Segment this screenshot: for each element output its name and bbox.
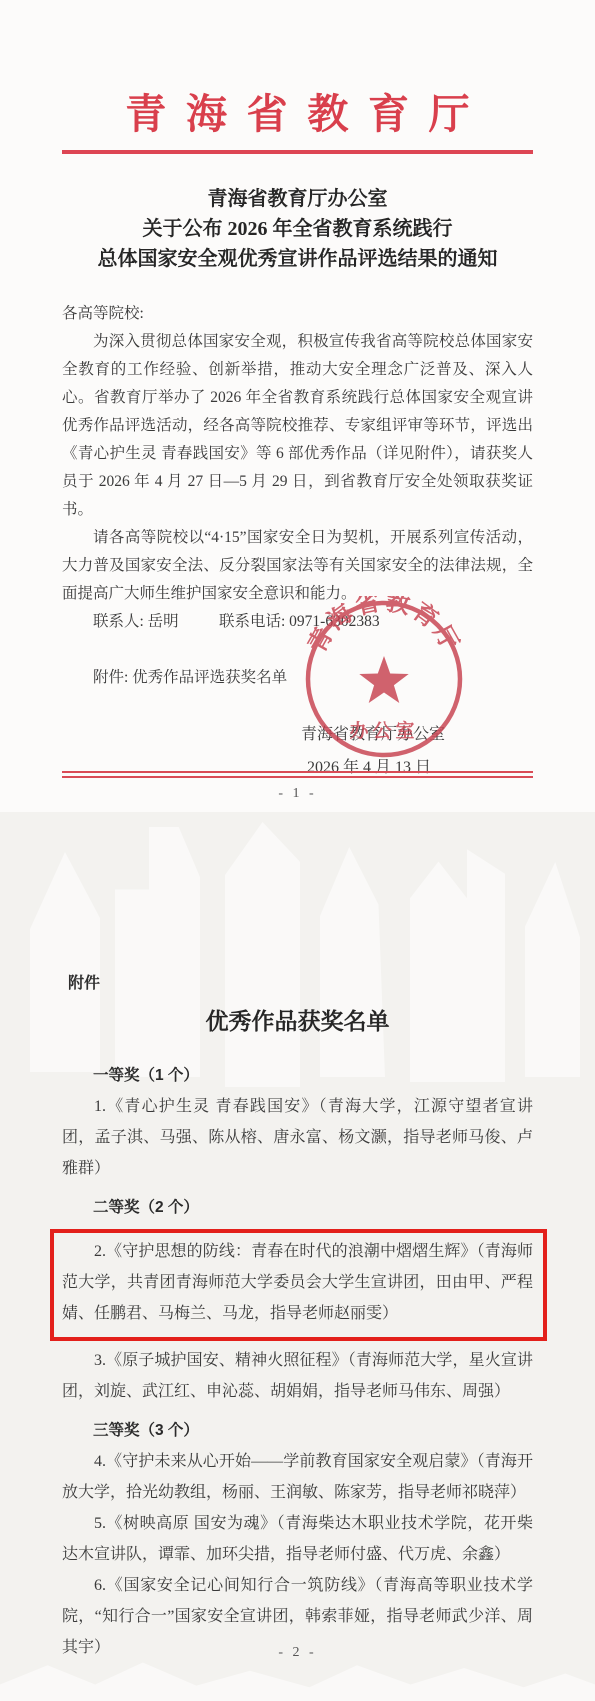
document-title: 青海省教育厅办公室 关于公布 2026 年全省教育系统践行 总体国家安全观优秀宣… — [0, 184, 595, 274]
footer-double-rule — [62, 771, 533, 778]
contact-person: 联系人: 岳明 — [93, 613, 179, 630]
award-item-5: 5.《树映高原 国安为魂》（青海柴达木职业技术学院，花开柴达木宣讲队，谭霏、加环… — [62, 1508, 533, 1570]
attachment-content: 附件 优秀作品获奖名单 一等奖（1 个） 1.《青心护生灵 青春践国安》（青海大… — [0, 812, 595, 1663]
body-paragraph-1: 为深入贯彻总体国家安全观，积极宣传我省高等院校总体国家安全教育的工作经验、创新举… — [62, 328, 533, 524]
official-red-seal: 青海省教育厅 办公室 — [301, 596, 467, 762]
award-item-2-highlighted: 2.《守护思想的防线：青春在时代的浪潮中熠熠生辉》（青海师范大学，共青团青海师范… — [62, 1236, 533, 1329]
salutation: 各高等院校: — [62, 300, 533, 328]
award-list: 一等奖（1 个） 1.《青心护生灵 青春践国安》（青海大学，江源守望者宣讲团，孟… — [62, 1060, 533, 1663]
letterhead-agency-name: 青海省教育厅 — [0, 0, 595, 137]
page-number-1: - 1 - — [0, 786, 595, 802]
award-item-4: 4.《守护未来从心开始——学前教育国家安全观启蒙》（青海开放大学，拾光幼教组，杨… — [62, 1446, 533, 1508]
letterhead-rule — [62, 150, 533, 154]
attachment-label: 附件 — [0, 812, 595, 993]
red-highlight-box: 2.《守护思想的防线：青春在时代的浪潮中熠熠生辉》（青海师范大学，共青团青海师范… — [50, 1229, 547, 1341]
award-tier-heading-second: 二等奖（2 个） — [62, 1192, 533, 1223]
award-item-6: 6.《国家安全记心间知行合一筑防线》（青海高等职业技术学院，“知行合一”国家安全… — [62, 1570, 533, 1663]
notice-page-1: 青海省教育厅 青海省教育厅办公室 关于公布 2026 年全省教育系统践行 总体国… — [0, 0, 595, 812]
award-item-1: 1.《青心护生灵 青春践国安》（青海大学，江源守望者宣讲团，孟子淇、马强、陈从榕… — [62, 1091, 533, 1184]
award-item-3: 3.《原子城护国安、精神火照征程》（青海师范大学，星火宣讲团，刘旋、武江红、申沁… — [62, 1345, 533, 1407]
award-list-title: 优秀作品获奖名单 — [0, 1003, 595, 1036]
award-tier-heading-first: 一等奖（1 个） — [62, 1060, 533, 1091]
scanned-notice-document: 青海省教育厅 青海省教育厅办公室 关于公布 2026 年全省教育系统践行 总体国… — [0, 0, 595, 1701]
document-title-line3: 总体国家安全观优秀宣讲作品评选结果的通知 — [0, 244, 595, 274]
document-title-line2: 关于公布 2026 年全省教育系统践行 — [0, 214, 595, 244]
attachment-page-2: 附件 优秀作品获奖名单 一等奖（1 个） 1.《青心护生灵 青春践国安》（青海大… — [0, 812, 595, 1701]
award-tier-heading-third: 三等奖（3 个） — [62, 1415, 533, 1446]
seal-star-icon — [359, 656, 408, 703]
seal-bottom-text: 办公室 — [349, 719, 418, 742]
document-title-line1: 青海省教育厅办公室 — [0, 184, 595, 214]
